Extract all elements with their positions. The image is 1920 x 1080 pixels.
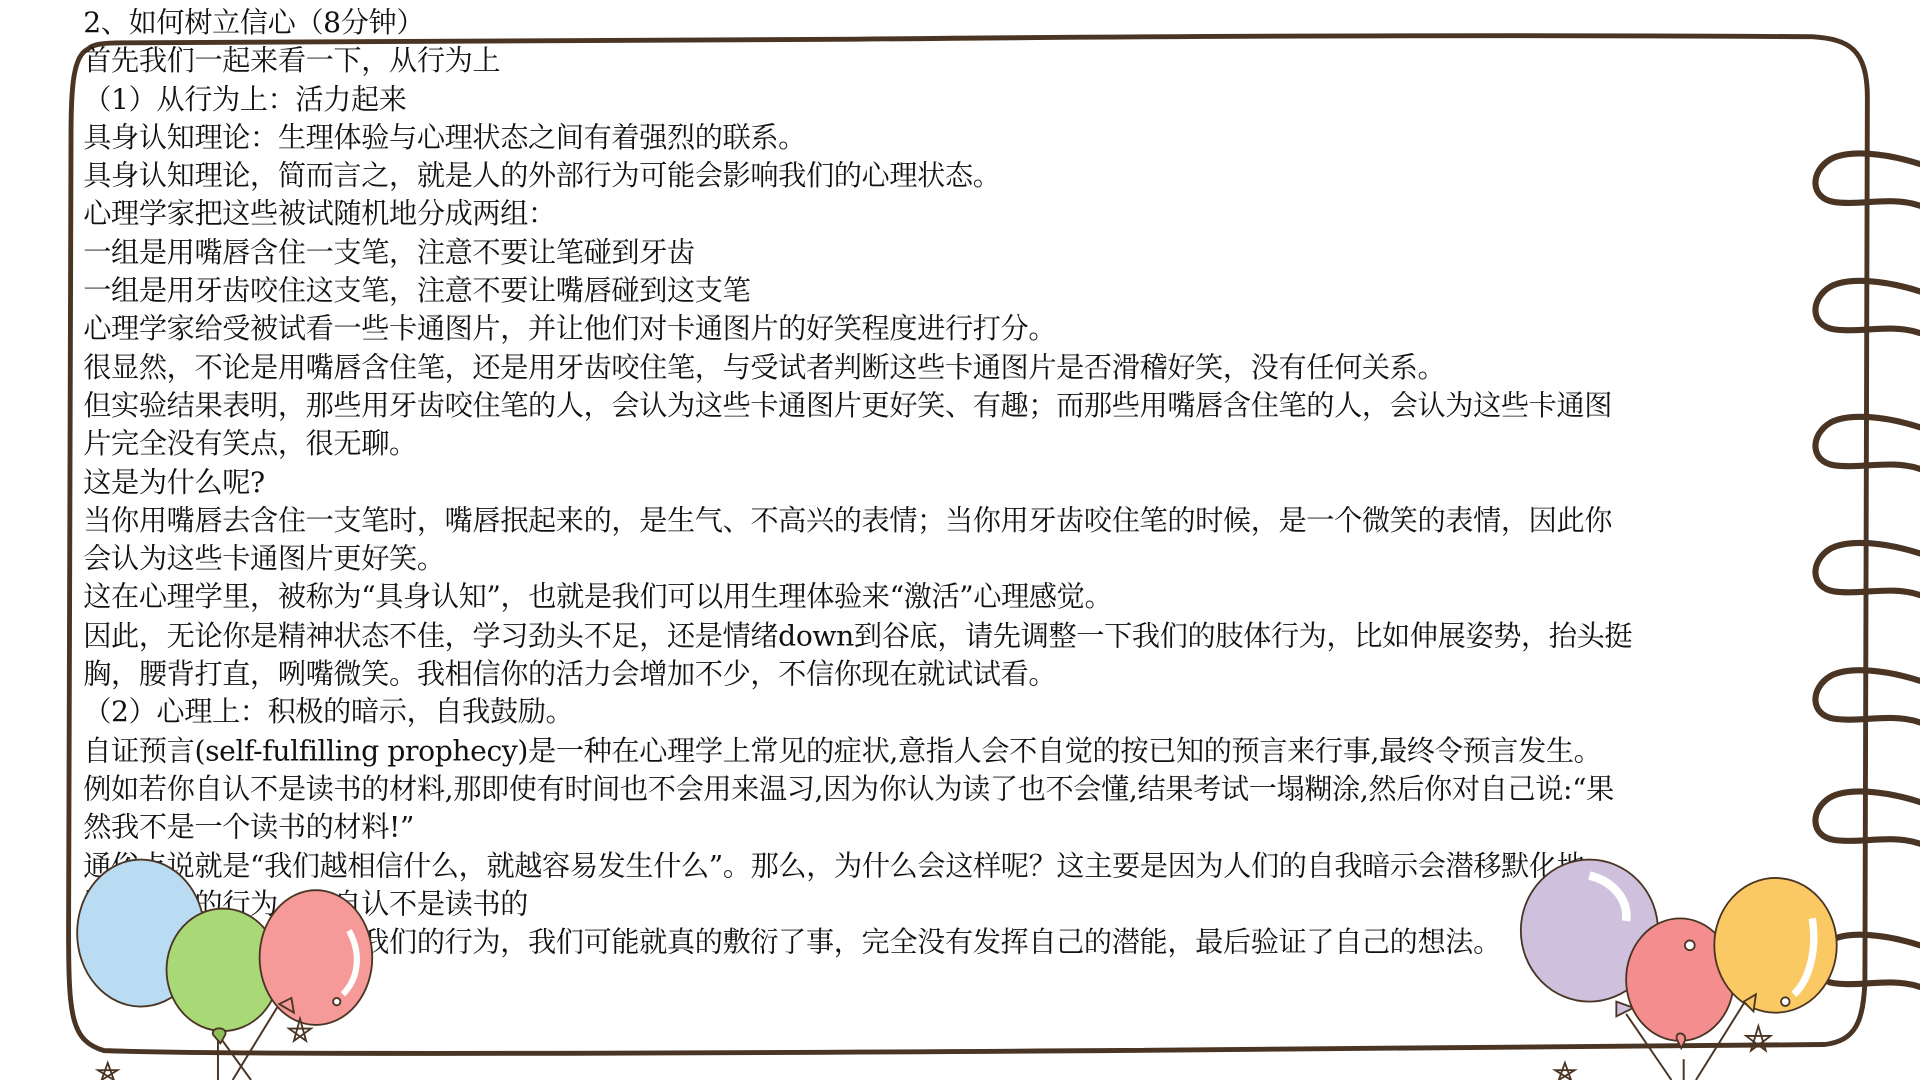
section-title: 2、如何树立信心（8分钟） [83,5,1859,43]
text-line: 这在心理学里，被称为“具身认知”，也就是我们可以用生理体验来“激活”心理感觉。 [83,580,1859,618]
text-line: 具身认知理论：生理体验与心理状态之间有着强烈的联系。 [83,120,1859,158]
document-body: 2、如何树立信心（8分钟） 首先我们一起来看一下，从行为上 （1）从行为上：活力… [83,5,1859,963]
text-line: 一组是用牙齿咬住这支笔，注意不要让嘴唇碰到这支笔 [83,273,1859,311]
text-line: 胸，腰背打直，咧嘴微笑。我相信你的活力会增加不少，不信你现在就试试看。 [83,656,1859,694]
text-line: 但实验结果表明，那些用牙齿咬住笔的人，会认为这些卡通图片更好笑、有趣；而那些用嘴… [83,388,1859,426]
text-line: 具身认知理论，简而言之，就是人的外部行为可能会影响我们的心理状态。 [83,158,1859,196]
subsection-heading: （1）从行为上：活力起来 [83,82,1859,120]
text-line: 然我不是一个读书的材料!” [83,810,1859,848]
text-line: 会认为这些卡通图片更好笑。 [83,541,1859,579]
text-line: 例如若你自认不是读书的材料,那即使有时间也不会用来温习,因为你认为读了也不会懂,… [83,771,1859,809]
text-line: 因此，无论你是精神状态不佳，学习劲头不足，还是情绪down到谷底，请先调整一下我… [83,618,1859,656]
text-line: 当你用嘴唇去含住一支笔时，嘴唇抿起来的，是生气、不高兴的表情；当你用牙齿咬住笔的… [83,503,1859,541]
notebook-page: 2、如何树立信心（8分钟） 首先我们一起来看一下，从行为上 （1）从行为上：活力… [0,0,1920,1080]
subsection-heading: （2）心理上：积极的暗示，自我鼓励。 [83,695,1859,733]
text-line: 影响自己的行为，我自认不是读书的 [83,886,1859,924]
text-line: 心理学家把这些被试随机地分成两组： [83,197,1859,235]
text-line: 心理学家给受被试看一些卡通图片，并让他们对卡通图片的好笑程度进行打分。 [83,311,1859,349]
text-line: 通俗点说就是“我们越相信什么，就越容易发生什么”。那么，为什么会这样呢？这主要是… [83,848,1859,886]
text-line: 自证预言(self-fulfilling prophecy)是一种在心理学上常见… [83,733,1859,771]
text-line: 一组是用嘴唇含住一支笔，注意不要让笔碰到牙齿 [83,235,1859,273]
text-line: 首先我们一起来看一下，从行为上 [83,43,1859,81]
text-line: 片完全没有笑点，很无聊。 [83,426,1859,464]
text-line: 材料，这种思维影响着我们的行为，我们可能就真的敷衍了事，完全没有发挥自己的潜能，… [83,925,1859,963]
text-line: 很显然，不论是用嘴唇含住笔，还是用牙齿咬住笔，与受试者判断这些卡通图片是否滑稽好… [83,350,1859,388]
text-line: 这是为什么呢? [83,465,1859,503]
